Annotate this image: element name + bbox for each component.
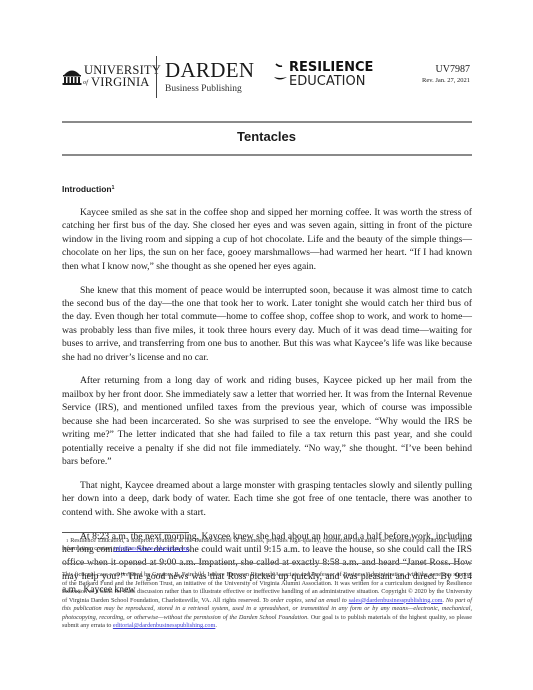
paragraph: After returning from a long day of work …: [62, 374, 472, 468]
birds-icon: [274, 63, 288, 87]
resilience-line2: EDUCATION: [289, 75, 365, 89]
darden-title: DARDEN: [165, 60, 254, 81]
footnote-number: 1: [66, 538, 68, 543]
title-rule-bottom: [62, 154, 472, 156]
resilience-line1: RESILIENCE: [289, 61, 373, 75]
paragraph: She knew that this moment of peace would…: [62, 284, 472, 364]
legal-notice: This fictional case was prepared by Greg…: [62, 571, 472, 631]
uva-logo: UNIVERSITY of VIRGINIA: [62, 63, 156, 95]
footnote-email-link[interactable]: info@resilience-education.org: [114, 545, 189, 552]
footnote: 1 Resilience Education, a nonprofit foun…: [62, 537, 472, 554]
paragraph: Kaycee smiled as she sat in the coffee s…: [62, 206, 472, 273]
sales-email-link[interactable]: sales@dardenbusinesspublishing.com: [349, 597, 443, 604]
darden-subtitle: Business Publishing: [165, 83, 254, 95]
footnote-rule: [62, 532, 189, 533]
section-heading-text: Introduction: [62, 184, 112, 194]
darden-logo: DARDEN Business Publishing: [165, 60, 254, 95]
editorial-email-link[interactable]: editorial@dardenbusinesspublishing.com: [113, 622, 215, 629]
rotunda-icon: [62, 66, 82, 86]
paragraph: That night, Kaycee dreamed about a large…: [62, 479, 472, 519]
uva-of: of: [83, 77, 88, 89]
section-heading: Introduction1: [62, 184, 114, 195]
uva-line2: VIRGINIA: [84, 76, 161, 88]
document-page: UNIVERSITY of VIRGINIA DARDEN Business P…: [0, 0, 533, 690]
footnote-ref[interactable]: 1: [112, 185, 115, 191]
document-title: Tentacles: [62, 128, 471, 146]
case-number: UV7987: [422, 64, 470, 76]
logo-divider: [156, 56, 157, 98]
case-number-block: UV7987 Rev. Jan. 27, 2021: [422, 64, 470, 85]
legal-italic-1: To order copies, send an email to: [263, 597, 349, 604]
title-rule-top: [62, 121, 472, 123]
revision-date: Rev. Jan. 27, 2021: [422, 76, 470, 85]
footnote-end: .: [189, 545, 191, 552]
legal-rule: [62, 563, 472, 564]
legal-end: .: [215, 622, 217, 629]
